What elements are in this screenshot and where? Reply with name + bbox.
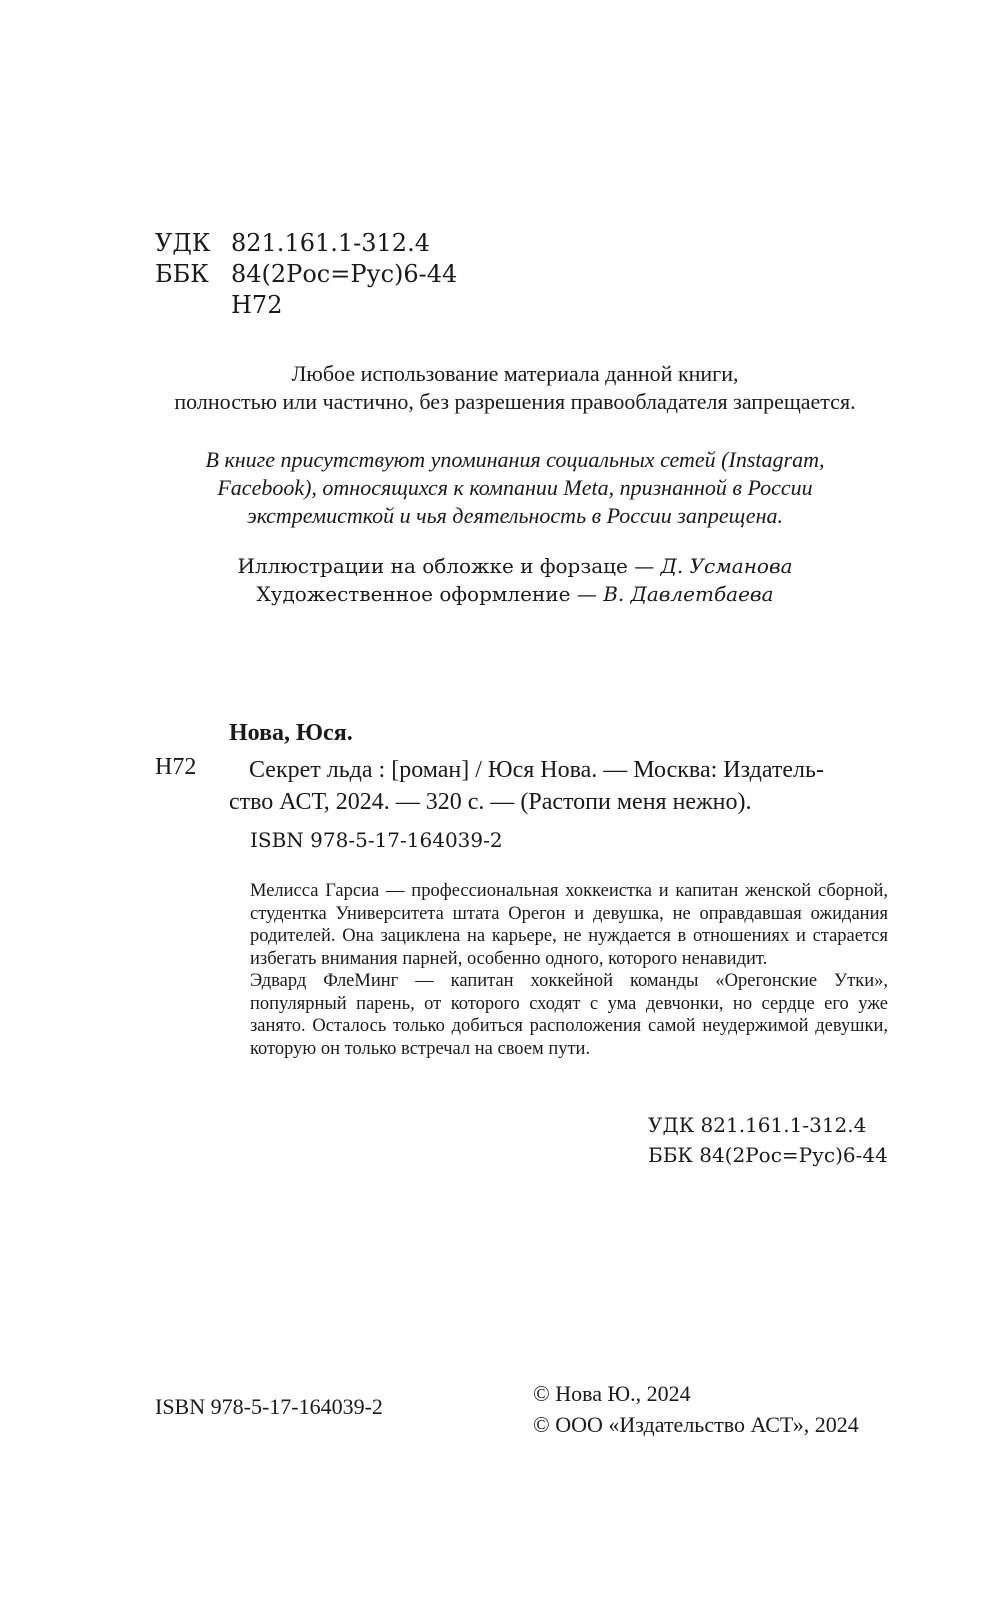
- social-notice-line: экстремисткой и чья деятельность в Росси…: [140, 502, 890, 530]
- social-notice-line: В книге присутствуют упоминания социальн…: [140, 446, 890, 474]
- design-label: Художественное оформление —: [256, 582, 603, 606]
- illustrations-label: Иллюстрации на обложке и форзаце —: [237, 554, 660, 578]
- bbk-row: ББК 84(2Рос=Рус)6-44: [155, 259, 457, 290]
- bbk-value: 84(2Рос=Рус)6-44: [231, 259, 457, 290]
- classification-codes-bottom: УДК 821.161.1-312.4 ББК 84(2Рос=Рус)6-44: [648, 1110, 888, 1170]
- author-sign-row: Н72: [155, 290, 457, 321]
- copyright-author: © Нова Ю., 2024: [533, 1378, 859, 1409]
- catalog-bibliographic-description: Секрет льда : [роман] / Юся Нова. — Моск…: [229, 754, 889, 818]
- catalog-author-sign: Н72: [155, 754, 196, 781]
- bbk-code: ББК 84(2Рос=Рус)6-44: [648, 1140, 888, 1170]
- biblio-line: Секрет льда : [роман] / Юся Нова. — Моск…: [229, 754, 889, 786]
- social-notice-line: Facebook), относящихся к компании Meta, …: [140, 474, 890, 502]
- udk-code: УДК 821.161.1-312.4: [648, 1110, 888, 1140]
- bbk-label: ББК: [155, 259, 231, 290]
- udk-value: 821.161.1-312.4: [231, 228, 430, 259]
- illustrator-name: Д. Усманова: [661, 554, 793, 578]
- catalog-isbn: ISBN 978-5-17-164039-2: [250, 828, 503, 852]
- annotation-paragraph: Эдвард ФлеМинг — капитан хоккейной коман…: [250, 970, 888, 1060]
- footer-isbn: ISBN 978-5-17-164039-2: [155, 1394, 383, 1420]
- credits: Иллюстрации на обложке и форзаце — Д. Ус…: [140, 552, 890, 608]
- design-credit: Художественное оформление — В. Давлетбае…: [140, 580, 890, 608]
- udk-label: УДК: [155, 228, 231, 259]
- copyright-block: © Нова Ю., 2024 © ООО «Издательство АСТ»…: [533, 1378, 859, 1440]
- usage-notice-line: полностью или частично, без разрешения п…: [140, 388, 890, 416]
- copyright-publisher: © ООО «Издательство АСТ», 2024: [533, 1409, 859, 1440]
- annotation: Мелисса Гарсиа — профессиональная хоккеи…: [250, 880, 888, 1060]
- usage-notice: Любое использование материала данной кни…: [140, 360, 890, 416]
- author-sign: Н72: [231, 290, 282, 321]
- classification-codes-top: УДК 821.161.1-312.4 ББК 84(2Рос=Рус)6-44…: [155, 228, 457, 321]
- catalog-author-heading: Нова, Юся.: [229, 720, 353, 747]
- biblio-line: ство АСТ, 2024. — 320 с. — (Растопи меня…: [229, 786, 889, 818]
- illustrations-credit: Иллюстрации на обложке и форзаце — Д. Ус…: [140, 552, 890, 580]
- annotation-paragraph: Мелисса Гарсиа — профессиональная хоккеи…: [250, 880, 888, 970]
- social-networks-notice: В книге присутствуют упоминания социальн…: [140, 446, 890, 530]
- usage-notice-line: Любое использование материала данной кни…: [140, 360, 890, 388]
- designer-name: В. Давлетбаева: [603, 582, 773, 606]
- udk-row: УДК 821.161.1-312.4: [155, 228, 457, 259]
